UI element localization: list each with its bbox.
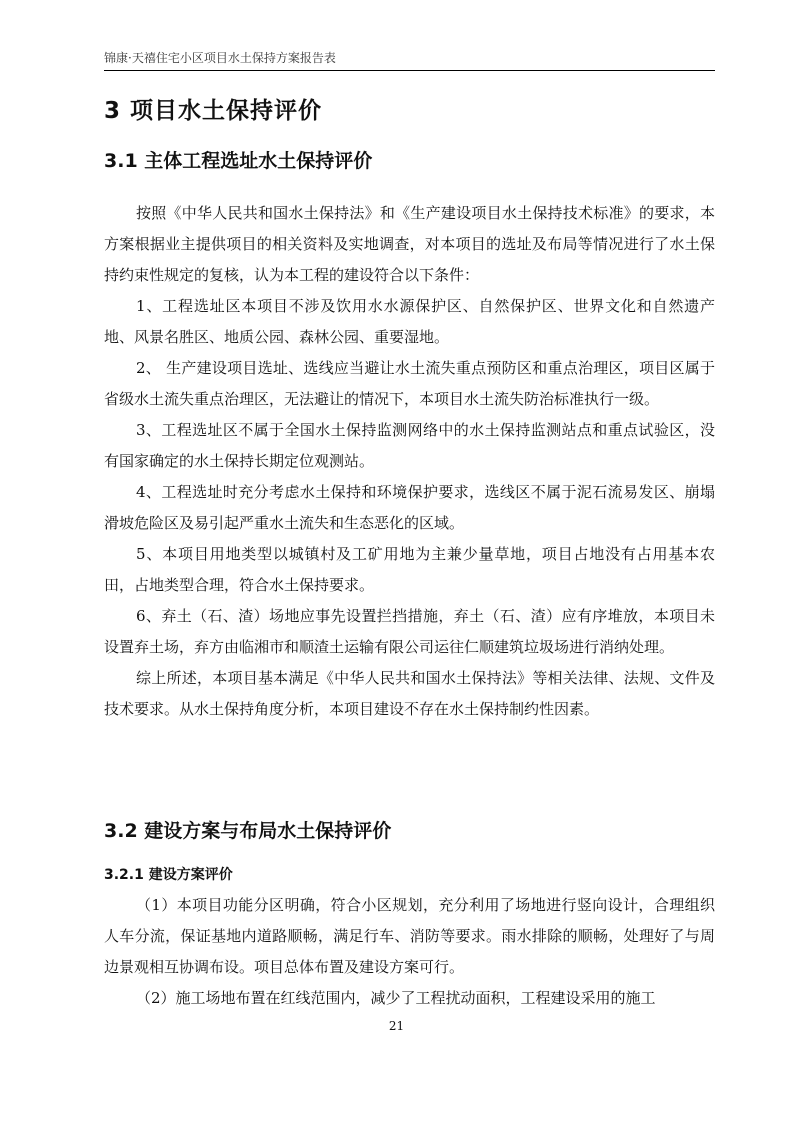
paragraph: 3、工程选址区不属于全国水土保持监测网络中的水土保持监测站点和重点试验区，没有国… [104,415,715,477]
paragraph: 4、工程选址时充分考虑水土保持和环境保护要求，选线区不属于泥石流易发区、崩塌滑坡… [104,477,715,539]
paragraph: 5、本项目用地类型以城镇村及工矿用地为主兼少量草地，项目占地没有占用基本农田，占… [104,539,715,601]
subsection-3-2-1-title: 3.2.1 建设方案评价 [104,864,233,884]
paragraph: 1、工程选址区本项目不涉及饮用水水源保护区、自然保护区、世界文化和自然遗产地、风… [104,291,715,353]
paragraph: 2、 生产建设项目选址、选线应当避让水土流失重点预防区和重点治理区，项目区属于省… [104,353,715,415]
section-3-2-title: 3.2 建设方案与布局水土保持评价 [104,816,391,843]
chapter-title: 3 项目水土保持评价 [104,92,322,125]
paragraph: 按照《中华人民共和国水土保持法》和《生产建设项目水土保持技术标准》的要求，本方案… [104,198,715,291]
running-header: 锦康·天禧住宅小区项目水土保持方案报告表 [104,50,715,71]
paragraph: 综上所述，本项目基本满足《中华人民共和国水土保持法》等相关法律、法规、文件及技术… [104,663,715,725]
page-number: 21 [0,1019,793,1033]
subsection-3-2-1-body: （1）本项目功能分区明确，符合小区规划，充分利用了场地进行竖向设计，合理组织人车… [104,890,715,1014]
paragraph: （1）本项目功能分区明确，符合小区规划，充分利用了场地进行竖向设计，合理组织人车… [104,890,715,983]
paragraph: 6、弃土（石、渣）场地应事先设置拦挡措施，弃土（石、渣）应有序堆放，本项目未设置… [104,601,715,663]
paragraph: （2）施工场地布置在红线范围内，减少了工程扰动面积，工程建设采用的施工 [104,983,715,1014]
section-3-1-title: 3.1 主体工程选址水土保持评价 [104,146,372,173]
section-3-1-body: 按照《中华人民共和国水土保持法》和《生产建设项目水土保持技术标准》的要求，本方案… [104,198,715,725]
